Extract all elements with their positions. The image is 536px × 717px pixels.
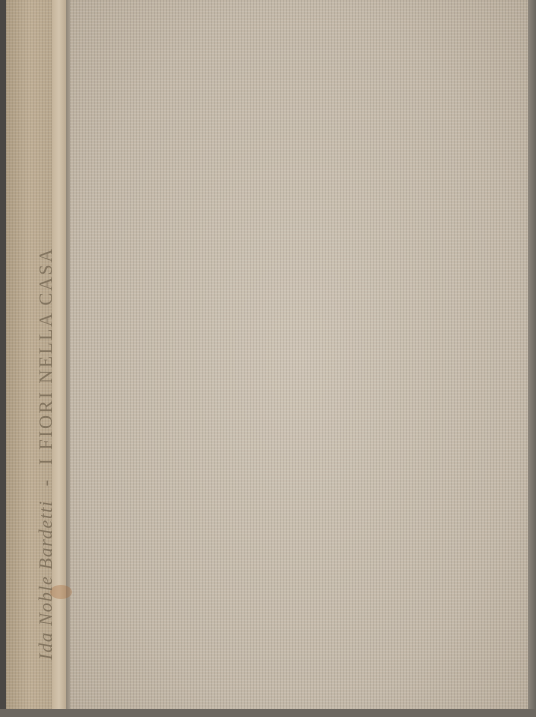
spine-title: I Fiori nella Casa — [36, 247, 57, 465]
right-edge — [528, 0, 536, 717]
bottom-edge — [0, 709, 536, 717]
spine-author: Ida Noble Bardetti — [36, 500, 57, 660]
front-cover — [70, 0, 528, 717]
spine-text: Ida Noble Bardetti-I Fiori nella Casa — [36, 247, 58, 660]
book: Ida Noble Bardetti-I Fiori nella Casa — [0, 0, 536, 717]
spine-separator: - — [36, 479, 57, 486]
